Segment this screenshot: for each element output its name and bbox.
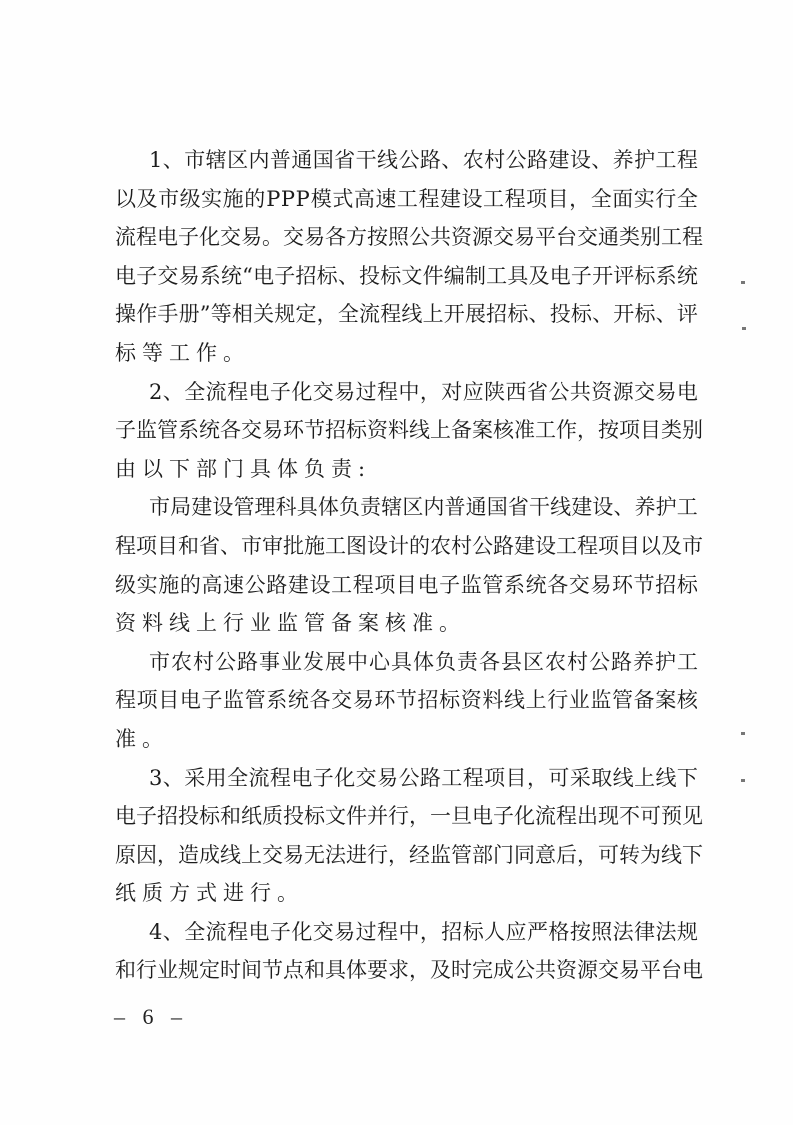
paragraph-1-line-4: 电子交易系统“电子招标、投标文件编制工具及电子开评标系统 [115,257,698,296]
paragraph-2-line-3: 由以下部门具体负责: [115,450,698,489]
scan-mark [741,281,745,284]
paragraph-5-line-3: 原因，造成线上交易无法进行，经监管部门同意后，可转为线下 [115,836,698,875]
paragraph-3-line-2: 程项目和省、市审批施工图设计的农村公路建设工程项目以及市 [115,527,698,566]
paragraph-3-line-1: 市局建设管理科具体负责辖区内普通国省干线建设、养护工 [115,488,698,527]
scan-mark [741,779,745,782]
paragraph-1-line-5: 操作手册”等相关规定，全流程线上开展招标、投标、开标、评 [115,295,698,334]
paragraph-4-line-2: 程项目电子监管系统各交易环节招标资料线上行业监管备案核 [115,681,698,720]
paragraph-6-line-1: 4、全流程电子化交易过程中，招标人应严格按照法律法规 [115,913,698,952]
paragraph-1-line-1: 1、市辖区内普通国省干线公路、农村公路建设、养护工程 [115,141,698,180]
paragraph-2-line-1: 2、全流程电子化交易过程中，对应陕西省公共资源交易电 [115,373,698,412]
paragraph-1-line-3: 流程电子化交易。交易各方按照公共资源交易平台交通类别工程 [115,218,698,257]
document-body: 1、市辖区内普通国省干线公路、农村公路建设、养护工程 以及市级实施的 PPP 模… [115,141,698,990]
paragraph-4-line-3: 准。 [115,720,698,759]
paragraph-3-line-3: 级实施的高速公路建设工程项目电子监管系统各交易环节招标 [115,566,698,605]
scan-mark [741,732,745,735]
paragraph-1-line-2: 以及市级实施的 PPP 模式高速工程建设工程项目，全面实行全 [115,180,698,219]
paragraph-5-line-1: 3、采用全流程电子化交易公路工程项目，可采取线上线下 [115,759,698,798]
paragraph-1-line-6: 标等工作。 [115,334,698,373]
paragraph-3-line-4: 资料线上行业监管备案核准。 [115,604,698,643]
paragraph-6-line-2: 和行业规定时间节点和具体要求，及时完成公共资源交易平台电 [115,951,698,990]
page-number: – 6 – [114,1004,188,1030]
paragraph-5-line-4: 纸质方式进行。 [115,874,698,913]
paragraph-5-line-2: 电子招投标和纸质投标文件并行，一旦电子化流程出现不可预见 [115,797,698,836]
paragraph-2-line-2: 子监管系统各交易环节招标资料线上备案核准工作，按项目类别 [115,411,698,450]
scan-mark [742,327,746,330]
paragraph-4-line-1: 市农村公路事业发展中心具体负责各县区农村公路养护工 [115,643,698,682]
document-page: 1、市辖区内普通国省干线公路、农村公路建设、养护工程 以及市级实施的 PPP 模… [0,0,793,1125]
